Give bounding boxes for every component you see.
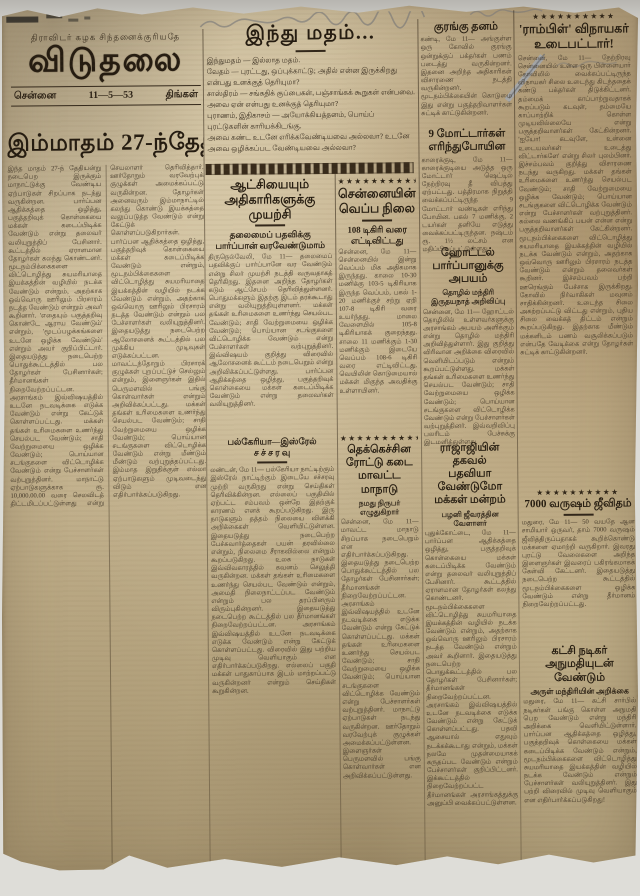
headline-divider — [257, 461, 287, 463]
article-body: சென்னை, மே 11— நேற்றிரவு சென்னையில் உள்ள… — [518, 54, 635, 485]
article-byline: நமது நிருபர் எழுதுகிறார் — [340, 498, 418, 517]
dateline-place: சென்னை — [14, 90, 56, 102]
article-body: சென்னை, மே 11— சென்னையில் இன்று வெப்பம் … — [338, 248, 418, 431]
star-row: ★★★★★★★★★★ — [521, 488, 634, 497]
article-byline: தொழில் மந்திரி இருதயநாத் அறிவிப்பு — [423, 287, 514, 306]
column-4: குரங்கு தனம் கண்டி, மே 11— அங்குள்ள ஒரு … — [420, 20, 518, 865]
lead-headline: இம்மாதம் 27-ந்தேதி — [7, 129, 203, 160]
headline-divider — [362, 219, 392, 221]
ink-smudge-icon — [2, 8, 132, 29]
masthead-dateline: சென்னை 11—5—53 திங்கள் — [11, 85, 201, 107]
article-headline: தெக்கெச்சின ரோட்டு கடை மாவட்ட மாநாடு — [340, 443, 418, 496]
ornament-band — [206, 162, 414, 175]
headline-divider — [563, 514, 593, 516]
masthead-title: விடுதலை — [11, 43, 201, 79]
article-body: புதுக்கோட்டை, மே 11— பார்ப்பன ஆதிக்கத்தை… — [425, 529, 519, 865]
article-body: காரைக்குடி, மே 11— காரைக்குடியை அடுத்த ஒ… — [422, 156, 514, 243]
article-body: திருநெல்வேலி, மே 11— தலைமைப் பதவிக்குப் … — [208, 253, 334, 432]
article-headline: கட்சி நடிகர் அநுமதியுடன் வேண்டும் — [523, 644, 636, 685]
newspaper-photo: திராவிடர் கழக சிந்தனைக்குரியதே விடுதலை ச… — [0, 0, 640, 896]
hindu-headline: இந்து மதம்... — [206, 21, 414, 48]
article-body: மதுரை, மே 11— கட்சி சார்பில் நடிகர்கள் ப… — [523, 698, 637, 859]
article-subhead: 108 டிகிரி வரை எட்டிவிட்டது — [338, 224, 416, 247]
article-headline: ஆட்சியையும் அதிகாரிகளுக்கு முயற்சி — [208, 177, 332, 222]
article-subhead: தலைமைப் பதவிக்கு பார்ப்பான் வரவேண்டுமாம் — [208, 229, 332, 252]
article-headline: சென்னையின் வெப்ப நிலை — [338, 186, 416, 216]
article-body: லண்டன், மே 11— பல்கேரியா நாட்டிற்கும் இஸ… — [210, 466, 337, 867]
article-body: கண்டி, மே 11— அங்குள்ள ஒரு கோவில் குரங்க… — [420, 36, 512, 129]
article-byline: பழனி ஜீவரத்தின வேளாளர் — [425, 509, 516, 528]
article-body: சென்னை, மே 11— மாவட்ட மாநாடு சிறப்பாக நட… — [341, 518, 422, 849]
article-headline: 9 மோட்டார்கள் எரிந்துபோயின — [421, 127, 512, 154]
article-lead-left: இம்மாதம் 27-ந்தேதி இந்த மாதம் 27-ந் தேதி… — [7, 129, 209, 871]
headline-divider — [296, 50, 326, 52]
column-5: ★★★★★★★★★★ 'ராம்பிள்' விநாயகர் உடைபட்டார… — [517, 11, 637, 864]
dateline-day: திங்கள் — [166, 89, 198, 101]
article-headline: குரங்கு தனம் — [420, 20, 511, 34]
article-headline: ராஜாஜியின் தகவல் பதவியா வேண்டுமோ மக்கள் … — [424, 441, 516, 508]
masthead: திராவிடர் கழக சிந்தனைக்குரியதே விடுதலை ச… — [10, 31, 201, 129]
page-content: திராவிடர் கழக சிந்தனைக்குரியதே விடுதலை ச… — [0, 1, 640, 883]
article-body: சென்னை, மே 11— ஹோட்டல் தொழிலில் உள்ளவர்க… — [423, 308, 515, 437]
article-headline: 7000 வருஷம் ஜீவிதம் — [521, 497, 634, 511]
dateline-date: 11—5—53 — [89, 90, 134, 101]
newspaper-page: திராவிடர் கழக சிந்தனைக்குரியதே விடுதலை ச… — [2, 4, 638, 880]
headline-divider — [255, 225, 285, 227]
star-row: ★★★★★★★★★★ — [340, 434, 418, 443]
column-3: ★★★★★★★★★★ சென்னையின் வெப்ப நிலை 108 டிக… — [338, 176, 422, 866]
article-headline: 'ராம்பிள்' விநாயகர் உடைபட்டார்! — [517, 22, 630, 52]
article-subhead: பல்கேரியா—இஸ்ரேல் ச ச் ச ர வு — [210, 436, 334, 459]
hindu-qa-list: இந்துமதம் — இல்லாத மதம். வேதம் — புரட்டத… — [207, 54, 416, 154]
article-subhead: அருள் மந்திரியின் அறிக்கை — [523, 686, 636, 697]
column-2: ஆட்சியையும் அதிகாரிகளுக்கு முயற்சி தலைமை… — [208, 177, 338, 867]
lead-body: இந்த மாதம் 27-ந் தேதியன்று நடைபெற இருக்க… — [8, 164, 210, 864]
star-row: ★★★★★★★★★★ — [517, 12, 630, 21]
article-body: மதுரை, மே 11— 50 வயதே ஆன சாமியார் ஒருவர்… — [522, 518, 636, 641]
article-hindu-matham: இந்து மதம்... இந்துமதம் — இல்லாத மதம். வ… — [206, 21, 415, 163]
star-row: ★★★★★★★★★★ — [338, 177, 416, 186]
